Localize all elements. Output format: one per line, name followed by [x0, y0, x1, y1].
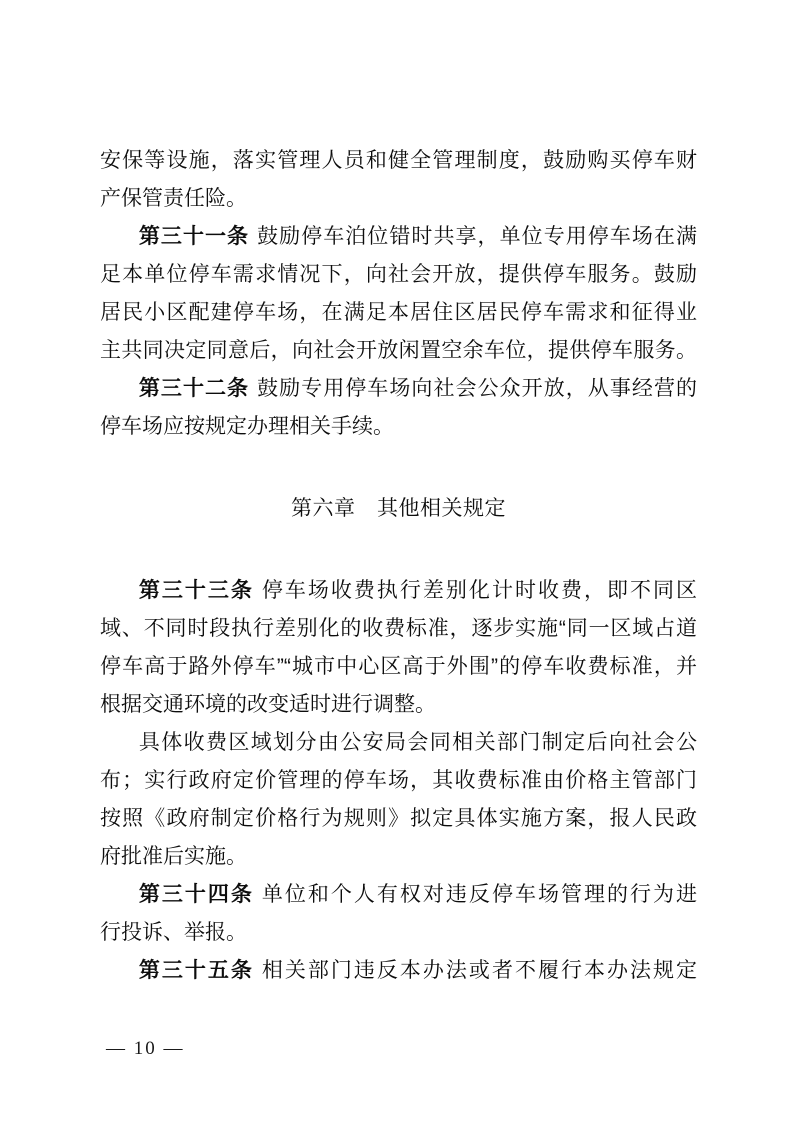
- text-line: 域、不同时段执行差别化的收费标准，逐步实施“同一区域占道: [100, 610, 697, 648]
- text-line: 第三十三条停车场收费执行差别化计时收费，即不同区: [100, 572, 697, 610]
- text-line: 居民小区配建停车场，在满足本居住区居民停车需求和征得业: [100, 294, 697, 332]
- article-text: 相关部门违反本办法或者不履行本办法规定: [262, 959, 697, 982]
- text-line: 行投诉、举报。: [100, 914, 697, 952]
- article-number: 第三十五条: [139, 959, 254, 982]
- paragraph: 第三十一条鼓励停车泊位错时共享，单位专用停车场在满足本单位停车需求情况下，向社会…: [100, 218, 697, 370]
- paragraph: 第三十三条停车场收费执行差别化计时收费，即不同区域、不同时段执行差别化的收费标准…: [100, 572, 697, 724]
- text-line: 具体收费区域划分由公安局会同相关部门制定后向社会公: [100, 724, 697, 762]
- text-line: 停车场应按规定办理相关手续。: [100, 408, 697, 446]
- text-line: 停车高于路外停车”“城市中心区高于外围”的停车收费标准，并: [100, 648, 697, 686]
- article-text: 鼓励专用停车场向社会公众开放，从事经营的: [257, 377, 697, 400]
- text-line: 第三十二条鼓励专用停车场向社会公众开放，从事经营的: [100, 370, 697, 408]
- page-number: — 10 —: [106, 1036, 185, 1062]
- document-body: 安保等设施，落实管理人员和健全管理制度，鼓励购买停车财产保管责任险。第三十一条鼓…: [100, 142, 697, 990]
- text-line: 府批准后实施。: [100, 838, 697, 876]
- text-line: 第三十五条相关部门违反本办法或者不履行本办法规定: [100, 952, 697, 990]
- article-number: 第三十一条: [139, 225, 249, 248]
- text-line: 第三十一条鼓励停车泊位错时共享，单位专用停车场在满: [100, 218, 697, 256]
- article-number: 第三十四条: [139, 883, 254, 906]
- text-line: 安保等设施，落实管理人员和健全管理制度，鼓励购买停车财: [100, 142, 697, 180]
- text-line: 按照《政府制定价格行为规则》拟定具体实施方案，报人民政: [100, 800, 697, 838]
- text-line: 布；实行政府定价管理的停车场，其收费标准由价格主管部门: [100, 762, 697, 800]
- paragraph: 安保等设施，落实管理人员和健全管理制度，鼓励购买停车财产保管责任险。: [100, 142, 697, 218]
- article-text: 停车场收费执行差别化计时收费，即不同区: [262, 579, 697, 602]
- document-page: 安保等设施，落实管理人员和健全管理制度，鼓励购买停车财产保管责任险。第三十一条鼓…: [0, 0, 793, 1122]
- paragraph: 具体收费区域划分由公安局会同相关部门制定后向社会公布；实行政府定价管理的停车场，…: [100, 724, 697, 876]
- paragraph: 第三十五条相关部门违反本办法或者不履行本办法规定: [100, 952, 697, 990]
- article-number: 第三十三条: [139, 579, 254, 602]
- text-line: 足本单位停车需求情况下，向社会开放，提供停车服务。鼓励: [100, 256, 697, 294]
- article-number: 第三十二条: [139, 377, 249, 400]
- text-line: 根据交通环境的改变适时进行调整。: [100, 686, 697, 724]
- text-line: 第三十四条单位和个人有权对违反停车场管理的行为进: [100, 876, 697, 914]
- paragraph: 第三十二条鼓励专用停车场向社会公众开放，从事经营的停车场应按规定办理相关手续。: [100, 370, 697, 446]
- text-line: 主共同决定同意后，向社会开放闲置空余车位，提供停车服务。: [100, 332, 697, 370]
- article-text: 单位和个人有权对违反停车场管理的行为进: [262, 883, 697, 906]
- article-text: 鼓励停车泊位错时共享，单位专用停车场在满: [257, 225, 697, 248]
- text-line: 产保管责任险。: [100, 180, 697, 218]
- paragraph: 第三十四条单位和个人有权对违反停车场管理的行为进行投诉、举报。: [100, 876, 697, 952]
- chapter-heading: 第六章 其他相关规定: [100, 490, 697, 528]
